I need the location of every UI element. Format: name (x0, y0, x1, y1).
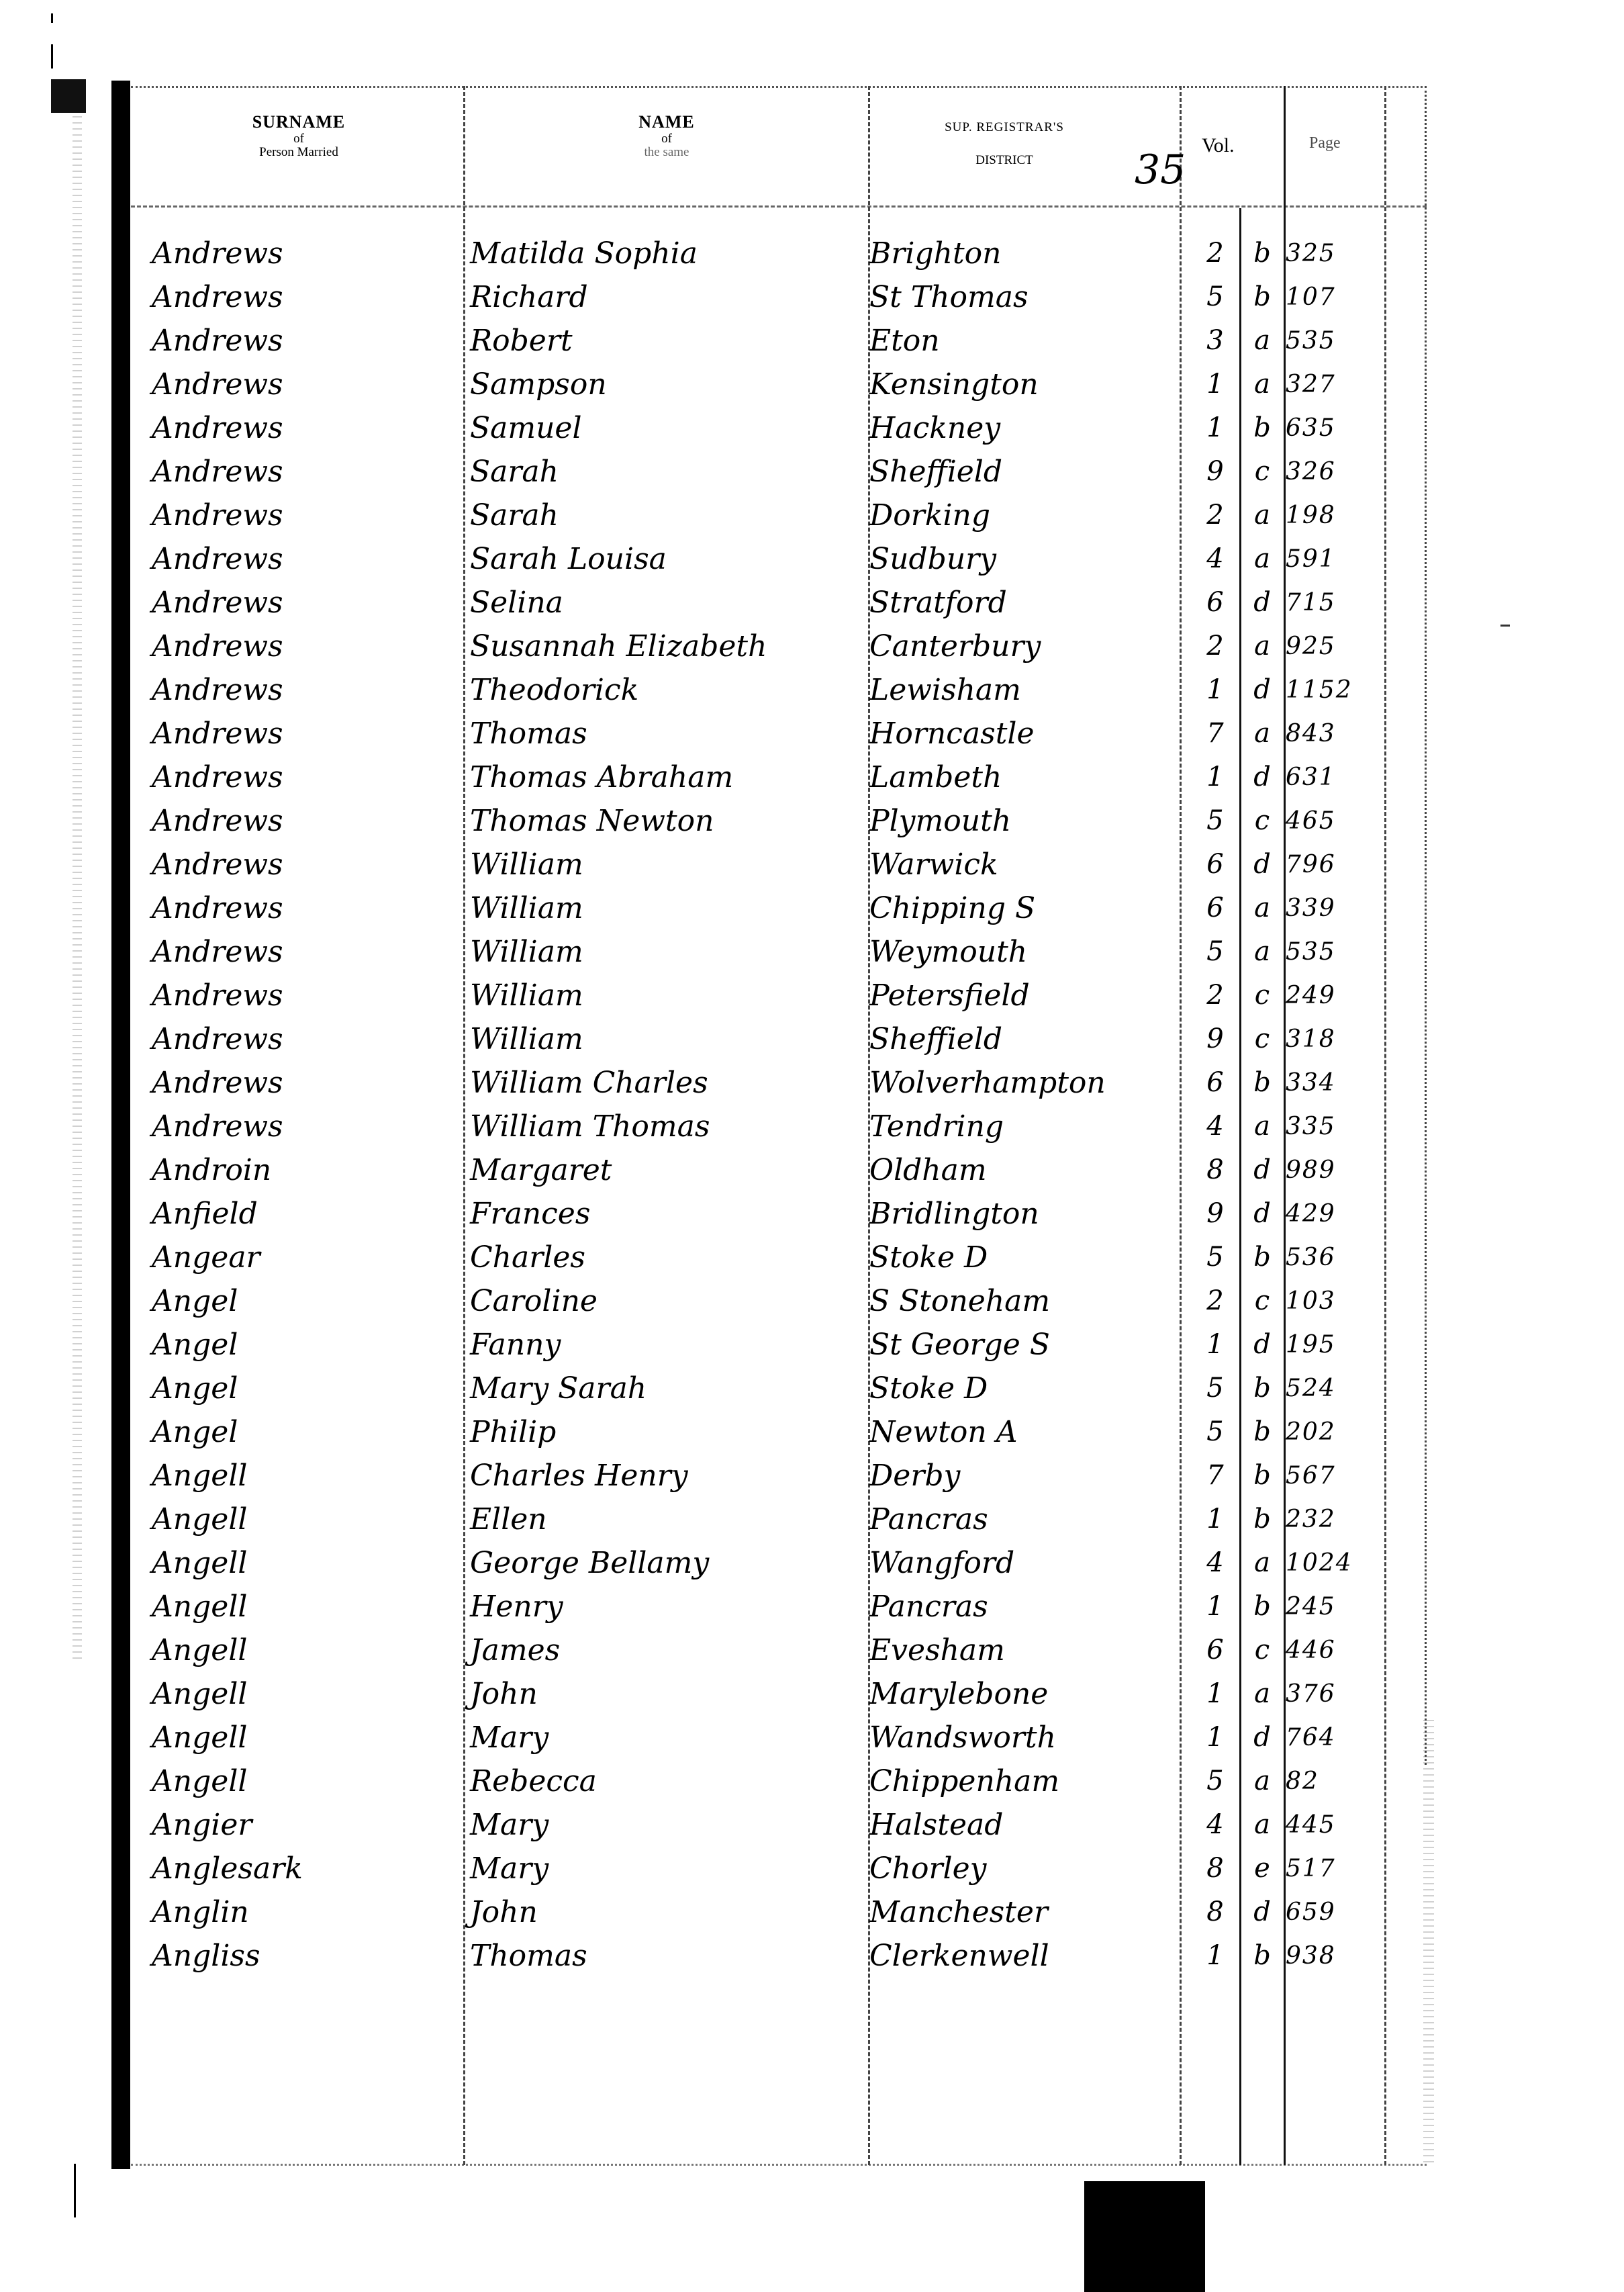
volume-letter-cell: a (1242, 1759, 1282, 1803)
volume-number-cell: 9 (1195, 450, 1235, 494)
volume-number-cell: 5 (1195, 275, 1235, 319)
register-row: Andrews Sampson Kensington 1 a 327 (134, 363, 1390, 406)
surname-cell: Angell (152, 1629, 461, 1672)
volume-letter-cell: b (1242, 406, 1282, 450)
given-name-cell: Robert (470, 319, 873, 363)
header-vol: Vol. (1202, 134, 1235, 157)
header-bottom-rule (131, 205, 1427, 208)
right-margin-tick (1500, 625, 1510, 627)
register-row: Angell Mary Wandsworth 1 d 764 (134, 1716, 1390, 1759)
page-number-cell: 326 (1286, 450, 1380, 494)
volume-letter-cell: a (1242, 1541, 1282, 1585)
register-row: Anglesark Mary Chorley 8 e 517 (134, 1847, 1390, 1890)
register-row: Angel Fanny St George S 1 d 195 (134, 1323, 1390, 1367)
volume-number-cell: 3 (1195, 319, 1235, 363)
register-row: Andrews Selina Stratford 6 d 715 (134, 581, 1390, 625)
register-row: Andrews Richard St Thomas 5 b 107 (134, 275, 1390, 319)
surname-cell: Andrews (152, 319, 461, 363)
volume-number-cell: 7 (1195, 1454, 1235, 1498)
register-row: Andrews Sarah Sheffield 9 c 326 (134, 450, 1390, 494)
given-name-cell: Mary Sarah (470, 1367, 873, 1410)
surname-cell: Angier (152, 1803, 461, 1847)
volume-number-cell: 1 (1195, 1716, 1235, 1759)
surname-cell: Andrews (152, 668, 461, 712)
page-number-cell: 536 (1286, 1236, 1380, 1279)
volume-letter-cell: b (1242, 1934, 1282, 1978)
volume-number-cell: 6 (1195, 886, 1235, 930)
page-number-cell: 535 (1286, 930, 1380, 974)
register-row: Andrews Sarah Louisa Sudbury 4 a 591 (134, 537, 1390, 581)
page-number-cell: 925 (1286, 625, 1380, 668)
margin-mark-bottom (74, 2164, 76, 2217)
header-surname-sub: Person Married (134, 146, 463, 160)
volume-letter-cell: b (1242, 1410, 1282, 1454)
volume-number-cell: 1 (1195, 1934, 1235, 1978)
register-row: Andrews Thomas Abraham Lambeth 1 d 631 (134, 755, 1390, 799)
surname-cell: Angell (152, 1716, 461, 1759)
surname-cell: Angel (152, 1279, 461, 1323)
surname-cell: Anglesark (152, 1847, 461, 1890)
given-name-cell: William (470, 974, 873, 1017)
surname-cell: Andrews (152, 755, 461, 799)
margin-speckle (73, 114, 82, 1659)
page-number-cell: 843 (1286, 712, 1380, 755)
volume-number-cell: 6 (1195, 843, 1235, 886)
page-number-cell: 334 (1286, 1061, 1380, 1105)
volume-letter-cell: b (1242, 275, 1282, 319)
volume-number-cell: 4 (1195, 1541, 1235, 1585)
given-name-cell: Sampson (470, 363, 873, 406)
page-number-cell: 1024 (1286, 1541, 1380, 1585)
given-name-cell: William Thomas (470, 1105, 873, 1148)
surname-cell: Andrews (152, 974, 461, 1017)
register-row: Andrews William Thomas Tendring 4 a 335 (134, 1105, 1390, 1148)
surname-cell: Andrews (152, 886, 461, 930)
header-name-of: of (465, 132, 868, 146)
district-number: 35 (1135, 146, 1186, 193)
volume-letter-cell: b (1242, 1236, 1282, 1279)
register-row: Andrews Thomas Newton Plymouth 5 c 465 (134, 799, 1390, 843)
register-row: Angear Charles Stoke D 5 b 536 (134, 1236, 1390, 1279)
given-name-cell: Samuel (470, 406, 873, 450)
volume-number-cell: 6 (1195, 1629, 1235, 1672)
header-name-title: NAME (465, 113, 868, 132)
given-name-cell: Charles (470, 1236, 873, 1279)
volume-letter-cell: a (1242, 363, 1282, 406)
given-name-cell: John (470, 1672, 873, 1716)
page-number-cell: 524 (1286, 1367, 1380, 1410)
page-number-cell: 517 (1286, 1847, 1380, 1890)
register-row: Angel Caroline S Stoneham 2 c 103 (134, 1279, 1390, 1323)
register-row: Angell Rebecca Chippenham 5 a 82 (134, 1759, 1390, 1803)
register-row: Angell Ellen Pancras 1 b 232 (134, 1498, 1390, 1541)
volume-number-cell: 2 (1195, 1279, 1235, 1323)
volume-number-cell: 5 (1195, 930, 1235, 974)
volume-letter-cell: d (1242, 755, 1282, 799)
volume-letter-cell: e (1242, 1847, 1282, 1890)
volume-number-cell: 1 (1195, 406, 1235, 450)
volume-number-cell: 9 (1195, 1017, 1235, 1061)
given-name-cell: Fanny (470, 1323, 873, 1367)
volume-number-cell: 6 (1195, 1061, 1235, 1105)
surname-cell: Andrews (152, 232, 461, 275)
register-row: Andrews William Chipping S 6 a 339 (134, 886, 1390, 930)
surname-cell: Angell (152, 1585, 461, 1629)
page-number-cell: 446 (1286, 1629, 1380, 1672)
surname-cell: Andrews (152, 843, 461, 886)
register-row: Angier Mary Halstead 4 a 445 (134, 1803, 1390, 1847)
margin-mark-top-2 (51, 44, 53, 68)
register-row: Angel Philip Newton A 5 b 202 (134, 1410, 1390, 1454)
given-name-cell: James (470, 1629, 873, 1672)
register-row: Andrews Samuel Hackney 1 b 635 (134, 406, 1390, 450)
page-number-cell: 245 (1286, 1585, 1380, 1629)
register-row: Andrews William Warwick 6 d 796 (134, 843, 1390, 886)
volume-letter-cell: c (1242, 1017, 1282, 1061)
surname-cell: Angell (152, 1759, 461, 1803)
surname-cell: Andrews (152, 799, 461, 843)
volume-number-cell: 8 (1195, 1148, 1235, 1192)
register-row: Angell George Bellamy Wangford 4 a 1024 (134, 1541, 1390, 1585)
volume-letter-cell: a (1242, 930, 1282, 974)
page-number-cell: 339 (1286, 886, 1380, 930)
volume-letter-cell: d (1242, 1148, 1282, 1192)
given-name-cell: Charles Henry (470, 1454, 873, 1498)
given-name-cell: Sarah Louisa (470, 537, 873, 581)
given-name-cell: Sarah (470, 494, 873, 537)
header-district-title: SUP. REGISTRAR'S (870, 121, 1139, 135)
volume-number-cell: 9 (1195, 1192, 1235, 1236)
surname-cell: Andrews (152, 712, 461, 755)
page-number-cell: 232 (1286, 1498, 1380, 1541)
given-name-cell: Margaret (470, 1148, 873, 1192)
header-name-sub: the same (465, 146, 868, 160)
surname-cell: Andrews (152, 363, 461, 406)
header-district-sub: DISTRICT (870, 154, 1139, 168)
volume-letter-cell: a (1242, 1803, 1282, 1847)
register-row: Angell Henry Pancras 1 b 245 (134, 1585, 1390, 1629)
table-top-rule (131, 86, 1427, 88)
margin-mark-top (51, 13, 53, 23)
volume-number-cell: 7 (1195, 712, 1235, 755)
page-number-cell: 318 (1286, 1017, 1380, 1061)
header-surname-title: SURNAME (134, 113, 463, 132)
page-number-cell: 1152 (1286, 668, 1380, 712)
register-row: Angell Charles Henry Derby 7 b 567 (134, 1454, 1390, 1498)
volume-number-cell: 5 (1195, 1759, 1235, 1803)
register-row: Andrews Susannah Elizabeth Canterbury 2 … (134, 625, 1390, 668)
surname-cell: Angell (152, 1672, 461, 1716)
surname-cell: Angell (152, 1541, 461, 1585)
volume-number-cell: 5 (1195, 1236, 1235, 1279)
volume-letter-cell: b (1242, 1454, 1282, 1498)
given-name-cell: Thomas Abraham (470, 755, 873, 799)
surname-cell: Andrews (152, 1105, 461, 1148)
page-number-cell: 327 (1286, 363, 1380, 406)
header-district: SUP. REGISTRAR'S DISTRICT (870, 121, 1139, 168)
page-number-cell: 249 (1286, 974, 1380, 1017)
given-name-cell: Sarah (470, 450, 873, 494)
surname-cell: Andrews (152, 537, 461, 581)
page-number-cell: 198 (1286, 494, 1380, 537)
volume-number-cell: 1 (1195, 1498, 1235, 1541)
volume-letter-cell: a (1242, 886, 1282, 930)
volume-number-cell: 1 (1195, 1323, 1235, 1367)
scan-artifact-block (1084, 2181, 1205, 2292)
page-number-cell: 195 (1286, 1323, 1380, 1367)
volume-letter-cell: d (1242, 668, 1282, 712)
binding-tab (51, 79, 86, 113)
header-surname-of: of (134, 132, 463, 146)
header-surname: SURNAME of Person Married (134, 113, 463, 160)
page-number-cell: 376 (1286, 1672, 1380, 1716)
surname-cell: Angel (152, 1410, 461, 1454)
register-row: Andrews Matilda Sophia Brighton 2 b 325 (134, 232, 1390, 275)
volume-letter-cell: d (1242, 1192, 1282, 1236)
given-name-cell: Caroline (470, 1279, 873, 1323)
register-row: Andrews William Petersfield 2 c 249 (134, 974, 1390, 1017)
page-number-cell: 635 (1286, 406, 1380, 450)
table-bottom-rule (131, 2164, 1427, 2166)
volume-number-cell: 1 (1195, 668, 1235, 712)
register-row: Andrews Thomas Horncastle 7 a 843 (134, 712, 1390, 755)
register-row: Andrews William Charles Wolverhampton 6 … (134, 1061, 1390, 1105)
surname-cell: Andrews (152, 494, 461, 537)
page-number-cell: 659 (1286, 1890, 1380, 1934)
volume-number-cell: 4 (1195, 1803, 1235, 1847)
register-row: Angell John Marylebone 1 a 376 (134, 1672, 1390, 1716)
surname-cell: Angliss (152, 1934, 461, 1978)
surname-cell: Angell (152, 1498, 461, 1541)
volume-letter-cell: d (1242, 1323, 1282, 1367)
surname-cell: Andrews (152, 625, 461, 668)
page-number-cell: 764 (1286, 1716, 1380, 1759)
page-number-cell: 796 (1286, 843, 1380, 886)
surname-cell: Angear (152, 1236, 461, 1279)
register-row: Angell James Evesham 6 c 446 (134, 1629, 1390, 1672)
surname-cell: Andrews (152, 450, 461, 494)
volume-letter-cell: a (1242, 1672, 1282, 1716)
register-row: Andrews Sarah Dorking 2 a 198 (134, 494, 1390, 537)
register-row: Androin Margaret Oldham 8 d 989 (134, 1148, 1390, 1192)
surname-cell: Andrews (152, 406, 461, 450)
page-number-cell: 535 (1286, 319, 1380, 363)
volume-number-cell: 2 (1195, 494, 1235, 537)
volume-number-cell: 2 (1195, 974, 1235, 1017)
surname-cell: Andrews (152, 1061, 461, 1105)
given-name-cell: Richard (470, 275, 873, 319)
right-margin-speckle (1423, 1719, 1434, 2162)
volume-number-cell: 1 (1195, 1585, 1235, 1629)
volume-letter-cell: d (1242, 843, 1282, 886)
page-number-cell: 335 (1286, 1105, 1380, 1148)
given-name-cell: William (470, 843, 873, 886)
surname-cell: Andrews (152, 1017, 461, 1061)
volume-letter-cell: c (1242, 1279, 1282, 1323)
volume-letter-cell: c (1242, 1629, 1282, 1672)
given-name-cell: Matilda Sophia (470, 232, 873, 275)
volume-letter-cell: a (1242, 537, 1282, 581)
page-number-cell: 567 (1286, 1454, 1380, 1498)
page-number-cell: 445 (1286, 1803, 1380, 1847)
given-name-cell: Mary (470, 1803, 873, 1847)
page-number-cell: 82 (1286, 1759, 1380, 1803)
surname-cell: Andrews (152, 275, 461, 319)
given-name-cell: Selina (470, 581, 873, 625)
volume-letter-cell: a (1242, 712, 1282, 755)
given-name-cell: William (470, 930, 873, 974)
volume-letter-cell: a (1242, 494, 1282, 537)
given-name-cell: Henry (470, 1585, 873, 1629)
given-name-cell: George Bellamy (470, 1541, 873, 1585)
volume-letter-cell: b (1242, 1367, 1282, 1410)
volume-letter-cell: d (1242, 1716, 1282, 1759)
given-name-cell: William (470, 1017, 873, 1061)
register-row: Andrews Theodorick Lewisham 1 d 1152 (134, 668, 1390, 712)
register-row: Anfield Frances Bridlington 9 d 429 (134, 1192, 1390, 1236)
volume-letter-cell: a (1242, 319, 1282, 363)
volume-number-cell: 5 (1195, 1410, 1235, 1454)
volume-letter-cell: d (1242, 581, 1282, 625)
surname-cell: Anglin (152, 1890, 461, 1934)
given-name-cell: John (470, 1890, 873, 1934)
outer-right-rule (1425, 86, 1427, 1765)
given-name-cell: Frances (470, 1192, 873, 1236)
given-name-cell: Mary (470, 1716, 873, 1759)
given-name-cell: Theodorick (470, 668, 873, 712)
page-number-cell: 202 (1286, 1410, 1380, 1454)
page-number-cell: 103 (1286, 1279, 1380, 1323)
volume-number-cell: 2 (1195, 232, 1235, 275)
given-name-cell: William Charles (470, 1061, 873, 1105)
register-row: Andrews William Weymouth 5 a 535 (134, 930, 1390, 974)
volume-number-cell: 4 (1195, 537, 1235, 581)
volume-letter-cell: d (1242, 1890, 1282, 1934)
volume-number-cell: 1 (1195, 363, 1235, 406)
header-page: Page (1309, 134, 1341, 152)
volume-letter-cell: b (1242, 232, 1282, 275)
given-name-cell: Susannah Elizabeth (470, 625, 873, 668)
register-row: Angel Mary Sarah Stoke D 5 b 524 (134, 1367, 1390, 1410)
binding-edge-bar (111, 81, 130, 2169)
volume-number-cell: 1 (1195, 1672, 1235, 1716)
page-number-cell: 325 (1286, 232, 1380, 275)
given-name-cell: Thomas (470, 712, 873, 755)
volume-number-cell: 4 (1195, 1105, 1235, 1148)
volume-number-cell: 1 (1195, 755, 1235, 799)
surname-cell: Angel (152, 1367, 461, 1410)
volume-number-cell: 6 (1195, 581, 1235, 625)
given-name-cell: William (470, 886, 873, 930)
register-entries: Andrews Matilda Sophia Brighton 2 b 325 … (134, 232, 1390, 1978)
volume-number-cell: 5 (1195, 799, 1235, 843)
register-row: Andrews William Sheffield 9 c 318 (134, 1017, 1390, 1061)
volume-number-cell: 5 (1195, 1367, 1235, 1410)
surname-cell: Andrews (152, 581, 461, 625)
surname-cell: Angell (152, 1454, 461, 1498)
given-name-cell: Ellen (470, 1498, 873, 1541)
register-row: Anglin John Manchester 8 d 659 (134, 1890, 1390, 1934)
surname-cell: Androin (152, 1148, 461, 1192)
volume-letter-cell: b (1242, 1498, 1282, 1541)
volume-letter-cell: c (1242, 974, 1282, 1017)
page-number-cell: 938 (1286, 1934, 1380, 1978)
volume-number-cell: 8 (1195, 1847, 1235, 1890)
given-name-cell: Philip (470, 1410, 873, 1454)
page-number-cell: 631 (1286, 755, 1380, 799)
volume-letter-cell: a (1242, 625, 1282, 668)
page-number-cell: 429 (1286, 1192, 1380, 1236)
page-number-cell: 591 (1286, 537, 1380, 581)
page-number-cell: 715 (1286, 581, 1380, 625)
surname-cell: Angel (152, 1323, 461, 1367)
register-row: Andrews Robert Eton 3 a 535 (134, 319, 1390, 363)
register-row: Angliss Thomas Clerkenwell 1 b 938 (134, 1934, 1390, 1978)
page-number-cell: 465 (1286, 799, 1380, 843)
surname-cell: Anfield (152, 1192, 461, 1236)
volume-letter-cell: c (1242, 450, 1282, 494)
volume-letter-cell: c (1242, 799, 1282, 843)
surname-cell: Andrews (152, 930, 461, 974)
volume-letter-cell: b (1242, 1585, 1282, 1629)
volume-letter-cell: a (1242, 1105, 1282, 1148)
volume-number-cell: 2 (1195, 625, 1235, 668)
given-name-cell: Thomas (470, 1934, 873, 1978)
volume-letter-cell: b (1242, 1061, 1282, 1105)
page-number-cell: 989 (1286, 1148, 1380, 1192)
given-name-cell: Mary (470, 1847, 873, 1890)
volume-number-cell: 8 (1195, 1890, 1235, 1934)
given-name-cell: Rebecca (470, 1759, 873, 1803)
given-name-cell: Thomas Newton (470, 799, 873, 843)
header-name: NAME of the same (465, 113, 868, 160)
page-number-cell: 107 (1286, 275, 1380, 319)
